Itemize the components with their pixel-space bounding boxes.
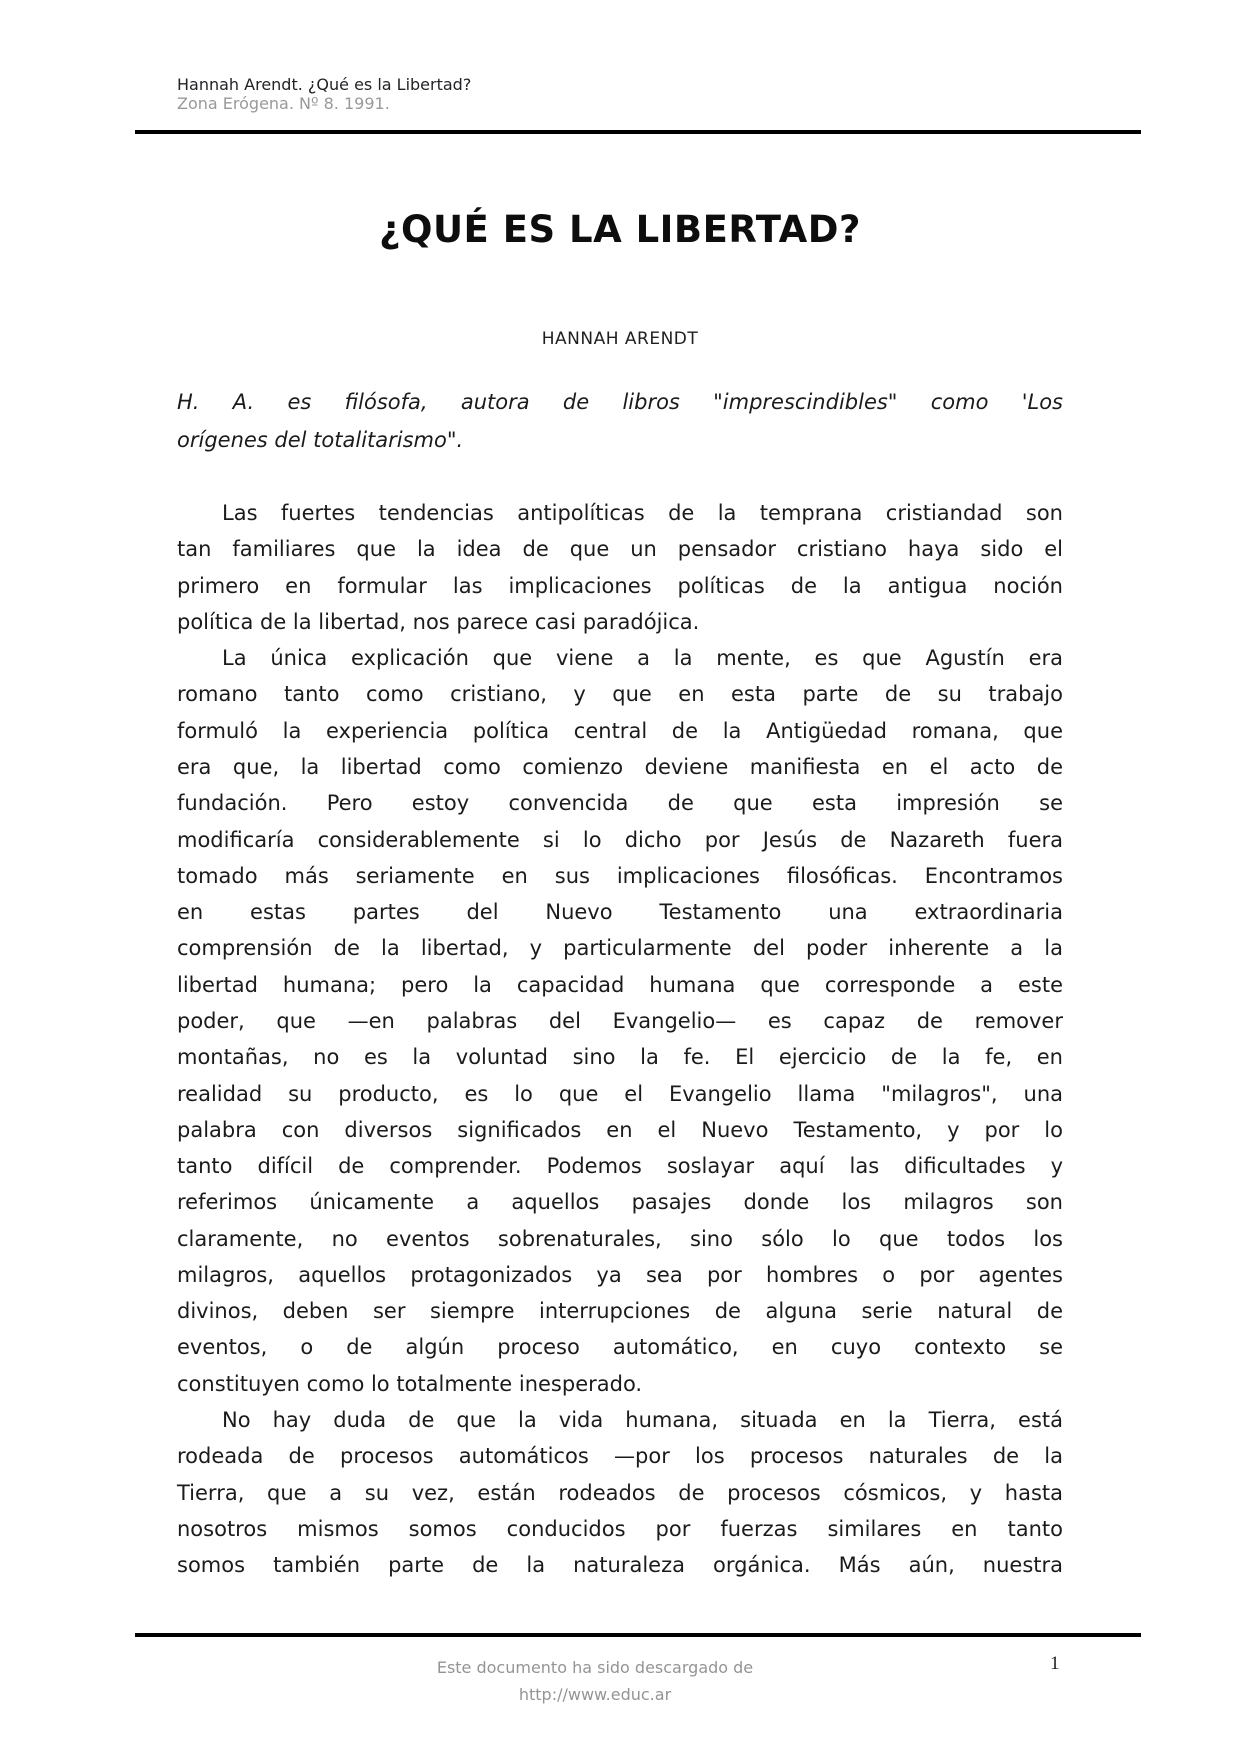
- text-line: orígenes del totalitarismo".: [177, 421, 1063, 459]
- text-line: referimos únicamente a aquellos pasajes …: [177, 1184, 1063, 1220]
- text-line: Las fuertes tendencias antipolíticas de …: [177, 495, 1063, 531]
- text-line: fundación. Pero estoy convencida de que …: [177, 785, 1063, 821]
- document-page: Hannah Arendt. ¿Qué es la Libertad? Zona…: [0, 0, 1240, 1755]
- text-line: tanto difícil de comprender. Podemos sos…: [177, 1148, 1063, 1184]
- article-intro: H. A. es filósofa, autora de libros "imp…: [177, 383, 1063, 459]
- text-line: nosotros mismos somos conducidos por fue…: [177, 1511, 1063, 1547]
- text-line: formuló la experiencia política central …: [177, 713, 1063, 749]
- text-line: tomado más seriamente en sus implicacion…: [177, 858, 1063, 894]
- text-line: comprensión de la libertad, y particular…: [177, 930, 1063, 966]
- paragraph: La única explicación que viene a la ment…: [177, 640, 1063, 1402]
- paragraph: Las fuertes tendencias antipolíticas de …: [177, 495, 1063, 640]
- footer-note-line1: Este documento ha sido descargado de: [152, 1654, 1038, 1681]
- text-line: claramente, no eventos sobrenaturales, s…: [177, 1221, 1063, 1257]
- text-line: era que, la libertad como comienzo devie…: [177, 749, 1063, 785]
- text-line: rodeada de procesos automáticos —por los…: [177, 1438, 1063, 1474]
- text-line: montañas, no es la voluntad sino la fe. …: [177, 1039, 1063, 1075]
- text-line: libertad humana; pero la capacidad human…: [177, 967, 1063, 1003]
- text-line: milagros, aquellos protagonizados ya sea…: [177, 1257, 1063, 1293]
- text-line: tan familiares que la idea de que un pen…: [177, 531, 1063, 567]
- text-line: H. A. es filósofa, autora de libros "imp…: [177, 383, 1063, 421]
- paragraph: H. A. es filósofa, autora de libros "imp…: [177, 383, 1063, 459]
- text-line: poder, que —en palabras del Evangelio— e…: [177, 1003, 1063, 1039]
- paragraph: No hay duda de que la vida humana, situa…: [177, 1402, 1063, 1583]
- footer-rule: [135, 1633, 1141, 1637]
- footer-note: Este documento ha sido descargado de htt…: [152, 1654, 1038, 1708]
- text-line: modificaría considerablemente si lo dich…: [177, 822, 1063, 858]
- article-title: ¿QUÉ ES LA LIBERTAD?: [177, 208, 1063, 251]
- footer-note-url: http://www.educ.ar: [152, 1681, 1038, 1708]
- text-line: primero en formular las implicaciones po…: [177, 568, 1063, 604]
- text-line: La única explicación que viene a la ment…: [177, 640, 1063, 676]
- article-body: Las fuertes tendencias antipolíticas de …: [177, 495, 1063, 1583]
- header-rule: [135, 130, 1141, 134]
- text-line: política de la libertad, nos parece casi…: [177, 604, 1063, 640]
- text-line: divinos, deben ser siempre interrupcione…: [177, 1293, 1063, 1329]
- text-line: No hay duda de que la vida humana, situa…: [177, 1402, 1063, 1438]
- article-author: HANNAH ARENDT: [177, 329, 1063, 349]
- header-journal-info: Zona Erógena. Nº 8. 1991.: [177, 94, 471, 113]
- header-document-title: Hannah Arendt. ¿Qué es la Libertad?: [177, 75, 471, 94]
- page-number: 1: [1050, 1653, 1060, 1675]
- text-line: eventos, o de algún proceso automático, …: [177, 1329, 1063, 1365]
- page-header: Hannah Arendt. ¿Qué es la Libertad? Zona…: [177, 75, 471, 113]
- text-line: constituyen como lo totalmente inesperad…: [177, 1366, 1063, 1402]
- text-line: palabra con diversos significados en el …: [177, 1112, 1063, 1148]
- text-line: realidad su producto, es lo que el Evang…: [177, 1076, 1063, 1112]
- text-line: Tierra, que a su vez, están rodeados de …: [177, 1475, 1063, 1511]
- text-line: somos también parte de la naturaleza org…: [177, 1547, 1063, 1583]
- text-line: en estas partes del Nuevo Testamento una…: [177, 894, 1063, 930]
- text-line: romano tanto como cristiano, y que en es…: [177, 676, 1063, 712]
